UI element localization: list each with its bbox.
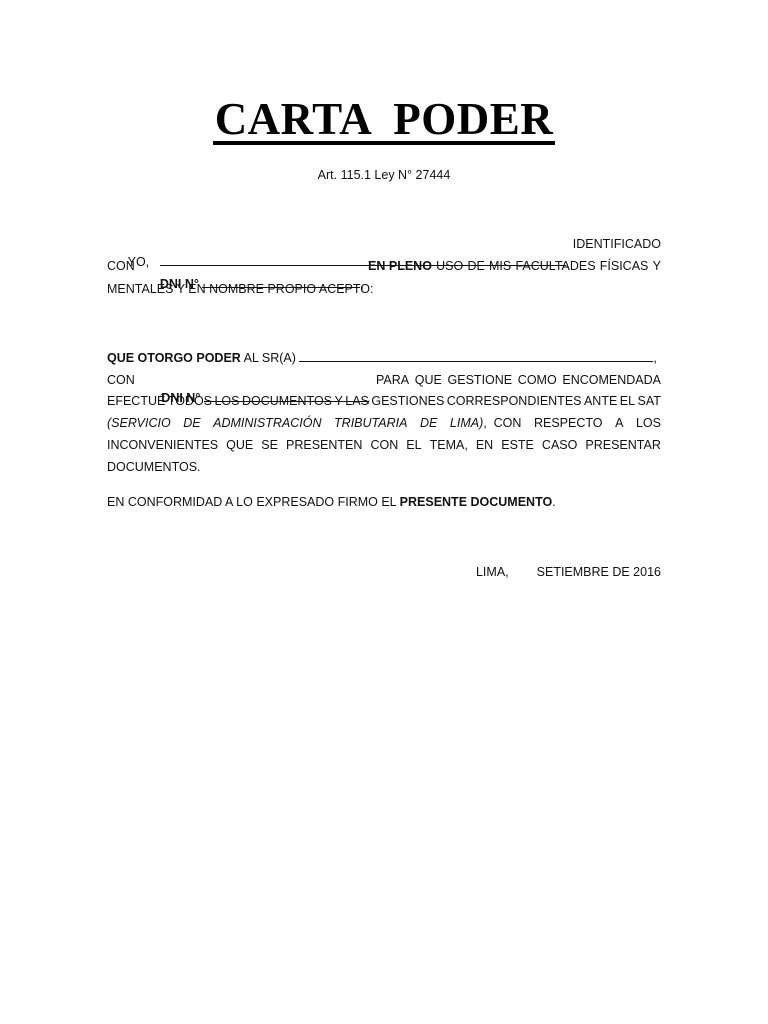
paragraph2-line5: INCONVENIENTES QUE SE PRESENTEN CON EL T… (107, 436, 661, 454)
place-and-date: LIMA,SETIEMBRE DE 2016 (107, 563, 661, 581)
paragraph2-line4: (SERVICIO DE ADMINISTRACIÓN TRIBUTARIA D… (107, 414, 661, 432)
legal-reference: Art. 115.1 Ley N° 27444 (0, 166, 768, 184)
paragraph2-line6: DOCUMENTOS. (107, 458, 661, 476)
document-title: CARTA PODER (213, 94, 555, 144)
paragraph1-line3: MENTALES Y EN NOMBRE PROPIO ACEPTO: (107, 280, 661, 298)
place: LIMA, (476, 565, 509, 579)
conformity-statement: EN CONFORMIDAD A LO EXPRESADO FIRMO EL P… (107, 493, 661, 511)
date: SETIEMBRE DE 2016 (537, 565, 661, 579)
identificado-label: IDENTIFICADO (573, 235, 661, 253)
document-page: CARTA PODER Art. 115.1 Ley N° 27444 YO, … (0, 0, 768, 1024)
title-underline (213, 141, 555, 145)
paragraph2-line3: EFECTUÉ TODOS LOS DOCUMENTOS Y LAS GESTI… (107, 392, 661, 410)
paragraph2-line1: QUE OTORGO PODER AL SR(A) , (107, 349, 661, 367)
attorney-name-blank[interactable] (299, 349, 653, 362)
